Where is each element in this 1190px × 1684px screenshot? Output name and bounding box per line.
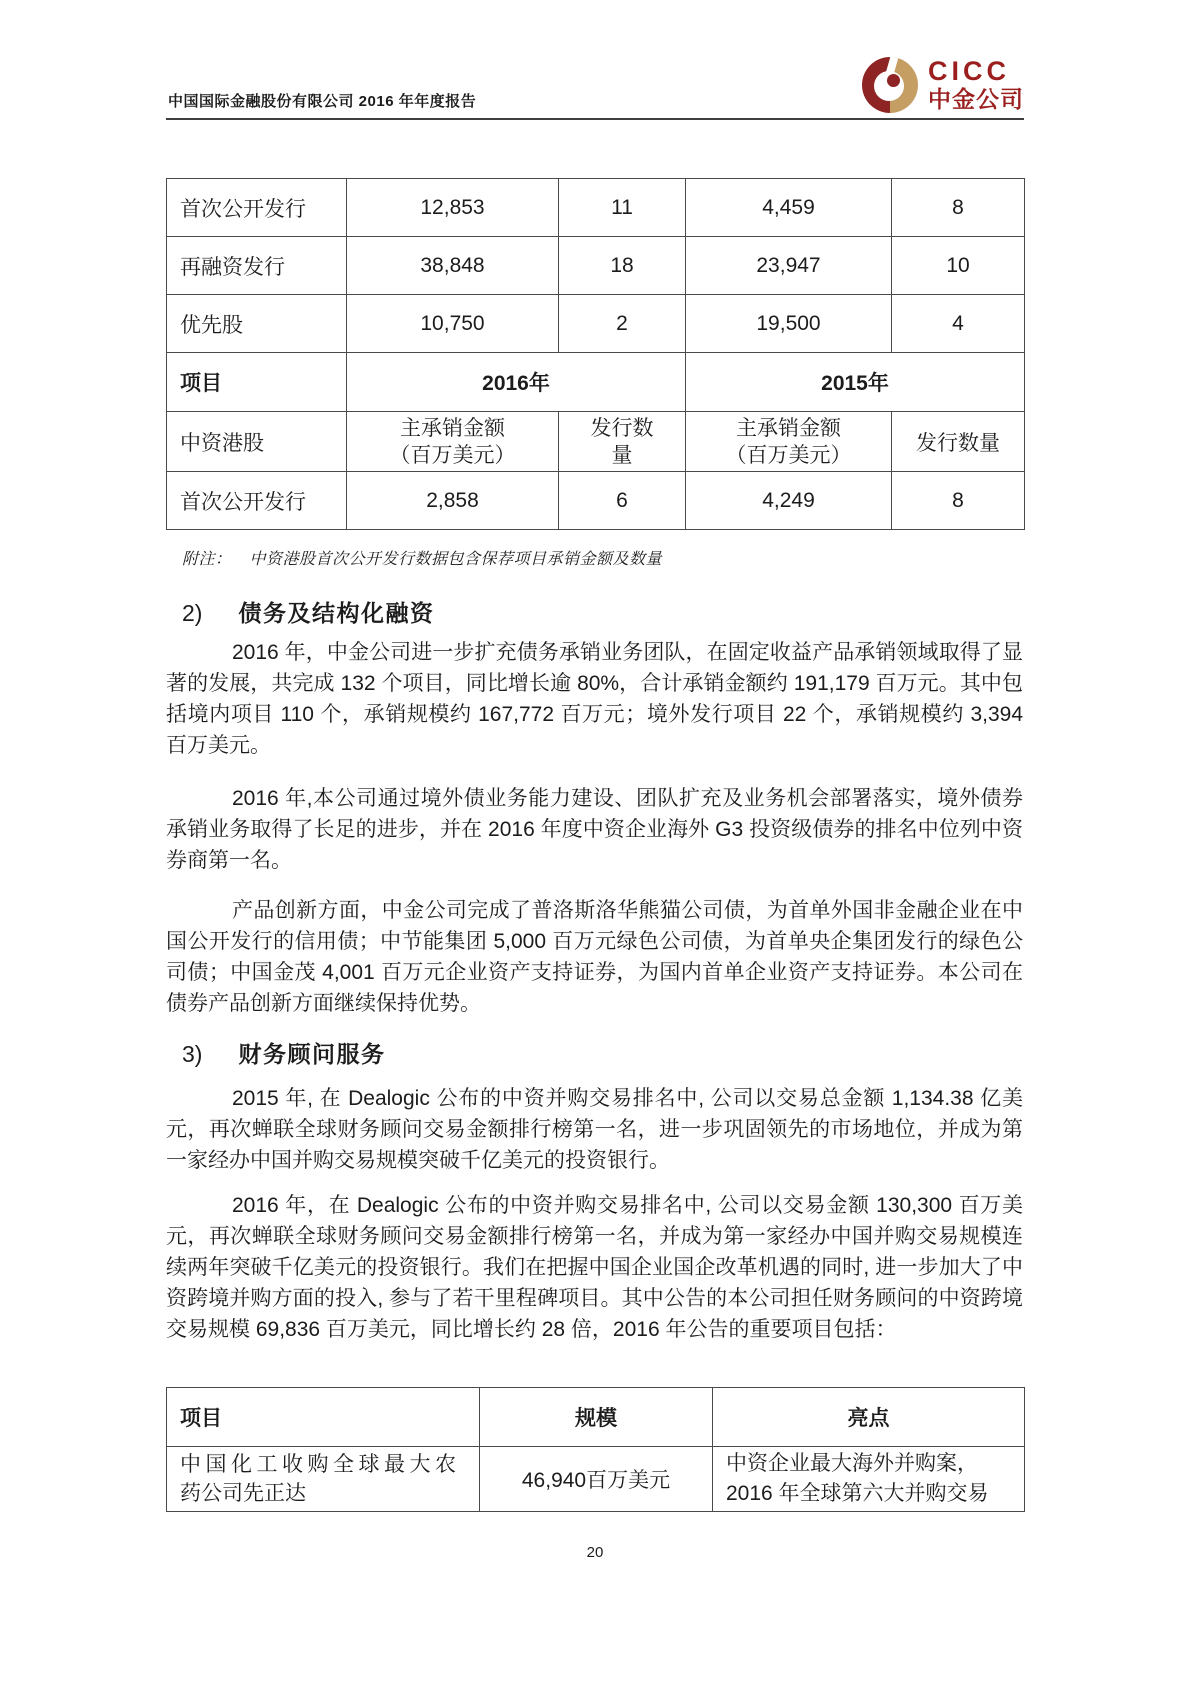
table-row: 中国化工收购全球最大农药公司先正达 46,940百万美元 中资企业最大海外并购案… — [167, 1447, 1025, 1512]
report-header-title: 中国国际金融股份有限公司 2016 年年度报告 — [168, 90, 476, 111]
table-row: 首次公开发行 12,853 11 4,459 8 — [167, 179, 1025, 237]
subheader-amount-2015: 主承销金额 （百万美元） — [686, 412, 892, 472]
table-header-row: 项目 规模 亮点 — [167, 1388, 1025, 1447]
subheader-amount-2016: 主承销金额 （百万美元） — [347, 412, 559, 472]
table-row: 优先股 10,750 2 19,500 4 — [167, 295, 1025, 353]
row-label: 首次公开发行 — [167, 179, 347, 237]
table-header-row: 项目 2016年 2015年 — [167, 353, 1025, 412]
cell-count-2016: 6 — [559, 472, 686, 530]
cell-amount-2015: 19,500 — [686, 295, 892, 353]
cell-count-2015: 8 — [892, 472, 1025, 530]
cell-count-2015: 10 — [892, 237, 1025, 295]
cell-amount-2016: 10,750 — [347, 295, 559, 353]
cell-amount-2016: 38,848 — [347, 237, 559, 295]
cicc-logo: CICC 中金公司 — [862, 56, 1032, 114]
subheader-count-2016: 发行数 量 — [559, 412, 686, 472]
cell-amount-2016: 2,858 — [347, 472, 559, 530]
section-heading-advisory: 3)财务顾问服务 — [166, 1036, 385, 1069]
footnote-text: 中资港股首次公开发行数据包含保荐项目承销金额及数量 — [250, 551, 663, 568]
cell-count-2015: 8 — [892, 179, 1025, 237]
section-heading-debt-financing: 2)债务及结构化融资 — [166, 595, 434, 628]
cell-amount-2016: 12,853 — [347, 179, 559, 237]
header-highlight: 亮点 — [713, 1388, 1025, 1447]
section-title: 债务及结构化融资 — [238, 600, 434, 626]
logo-dot-shape — [887, 74, 900, 87]
row-label: 首次公开发行 — [167, 472, 347, 530]
table-row: 首次公开发行 2,858 6 4,249 8 — [167, 472, 1025, 530]
header-year-2016: 2016年 — [347, 353, 686, 412]
cell-project: 中国化工收购全球最大农药公司先正达 — [167, 1447, 480, 1512]
paragraph-debt-3: 产品创新方面，中金公司完成了普洛斯洛华熊猫公司债，为首单外国非金融企业在中国公开… — [166, 895, 1023, 1019]
section-number: 3) — [166, 1041, 202, 1067]
table-subheader-row: 中资港股 主承销金额 （百万美元） 发行数 量 主承销金额 （百万美元） 发行数… — [167, 412, 1025, 472]
project-line-1: 中国化工收购全球最大农 — [180, 1450, 466, 1479]
header-year-2015: 2015年 — [686, 353, 1025, 412]
section-number: 2) — [166, 600, 202, 626]
table-footnote: 附注：中资港股首次公开发行数据包含保荐项目承销金额及数量 — [166, 546, 662, 569]
paragraph-advisory-2: 2016 年，在 Dealogic 公布的中资并购交易排名中, 公司以交易金额 … — [166, 1190, 1023, 1345]
ma-projects-table: 项目 规模 亮点 中国化工收购全球最大农药公司先正达 46,940百万美元 中资… — [166, 1387, 1025, 1512]
cell-count-2016: 11 — [559, 179, 686, 237]
cell-count-2015: 4 — [892, 295, 1025, 353]
logo-text-chinese: 中金公司 — [928, 88, 1024, 111]
header-project: 项目 — [167, 1388, 480, 1447]
header-item: 项目 — [167, 353, 347, 412]
logo-text-cicc: CICC — [928, 58, 1024, 85]
cell-count-2016: 18 — [559, 237, 686, 295]
paragraph-debt-1: 2016 年，中金公司进一步扩充债务承销业务团队，在固定收益产品承销领域取得了显… — [166, 637, 1023, 761]
cell-amount-2015: 4,249 — [686, 472, 892, 530]
paragraph-advisory-1: 2015 年, 在 Dealogic 公布的中资并购交易排名中, 公司以交易总金… — [166, 1083, 1023, 1176]
report-page: 中国国际金融股份有限公司 2016 年年度报告 CICC 中金公司 首次公开发行… — [0, 0, 1190, 1684]
row-label: 中资港股 — [167, 412, 347, 472]
table-row: 再融资发行 38,848 18 23,947 10 — [167, 237, 1025, 295]
cicc-logo-icon — [862, 57, 918, 113]
footnote-label: 附注： — [166, 551, 232, 568]
cell-amount-2015: 4,459 — [686, 179, 892, 237]
paragraph-debt-2: 2016 年,本公司通过境外债业务能力建设、团队扩充及业务机会部署落实，境外债券… — [166, 783, 1023, 876]
cicc-logo-wordmark: CICC 中金公司 — [928, 58, 1024, 111]
row-label: 优先股 — [167, 295, 347, 353]
project-line-2: 药公司先正达 — [180, 1479, 466, 1508]
section-title: 财务顾问服务 — [238, 1041, 385, 1067]
header-scale: 规模 — [480, 1388, 713, 1447]
page-number: 20 — [0, 1544, 1190, 1561]
cell-amount-2015: 23,947 — [686, 237, 892, 295]
equity-underwriting-table: 首次公开发行 12,853 11 4,459 8 再融资发行 38,848 18… — [166, 178, 1025, 530]
cell-scale: 46,940百万美元 — [480, 1447, 713, 1512]
cell-highlight: 中资企业最大海外并购案， 2016 年全球第六大并购交易 — [713, 1447, 1025, 1512]
header-divider — [166, 118, 1024, 120]
row-label: 再融资发行 — [167, 237, 347, 295]
subheader-count-2015: 发行数量 — [892, 412, 1025, 472]
cell-count-2016: 2 — [559, 295, 686, 353]
